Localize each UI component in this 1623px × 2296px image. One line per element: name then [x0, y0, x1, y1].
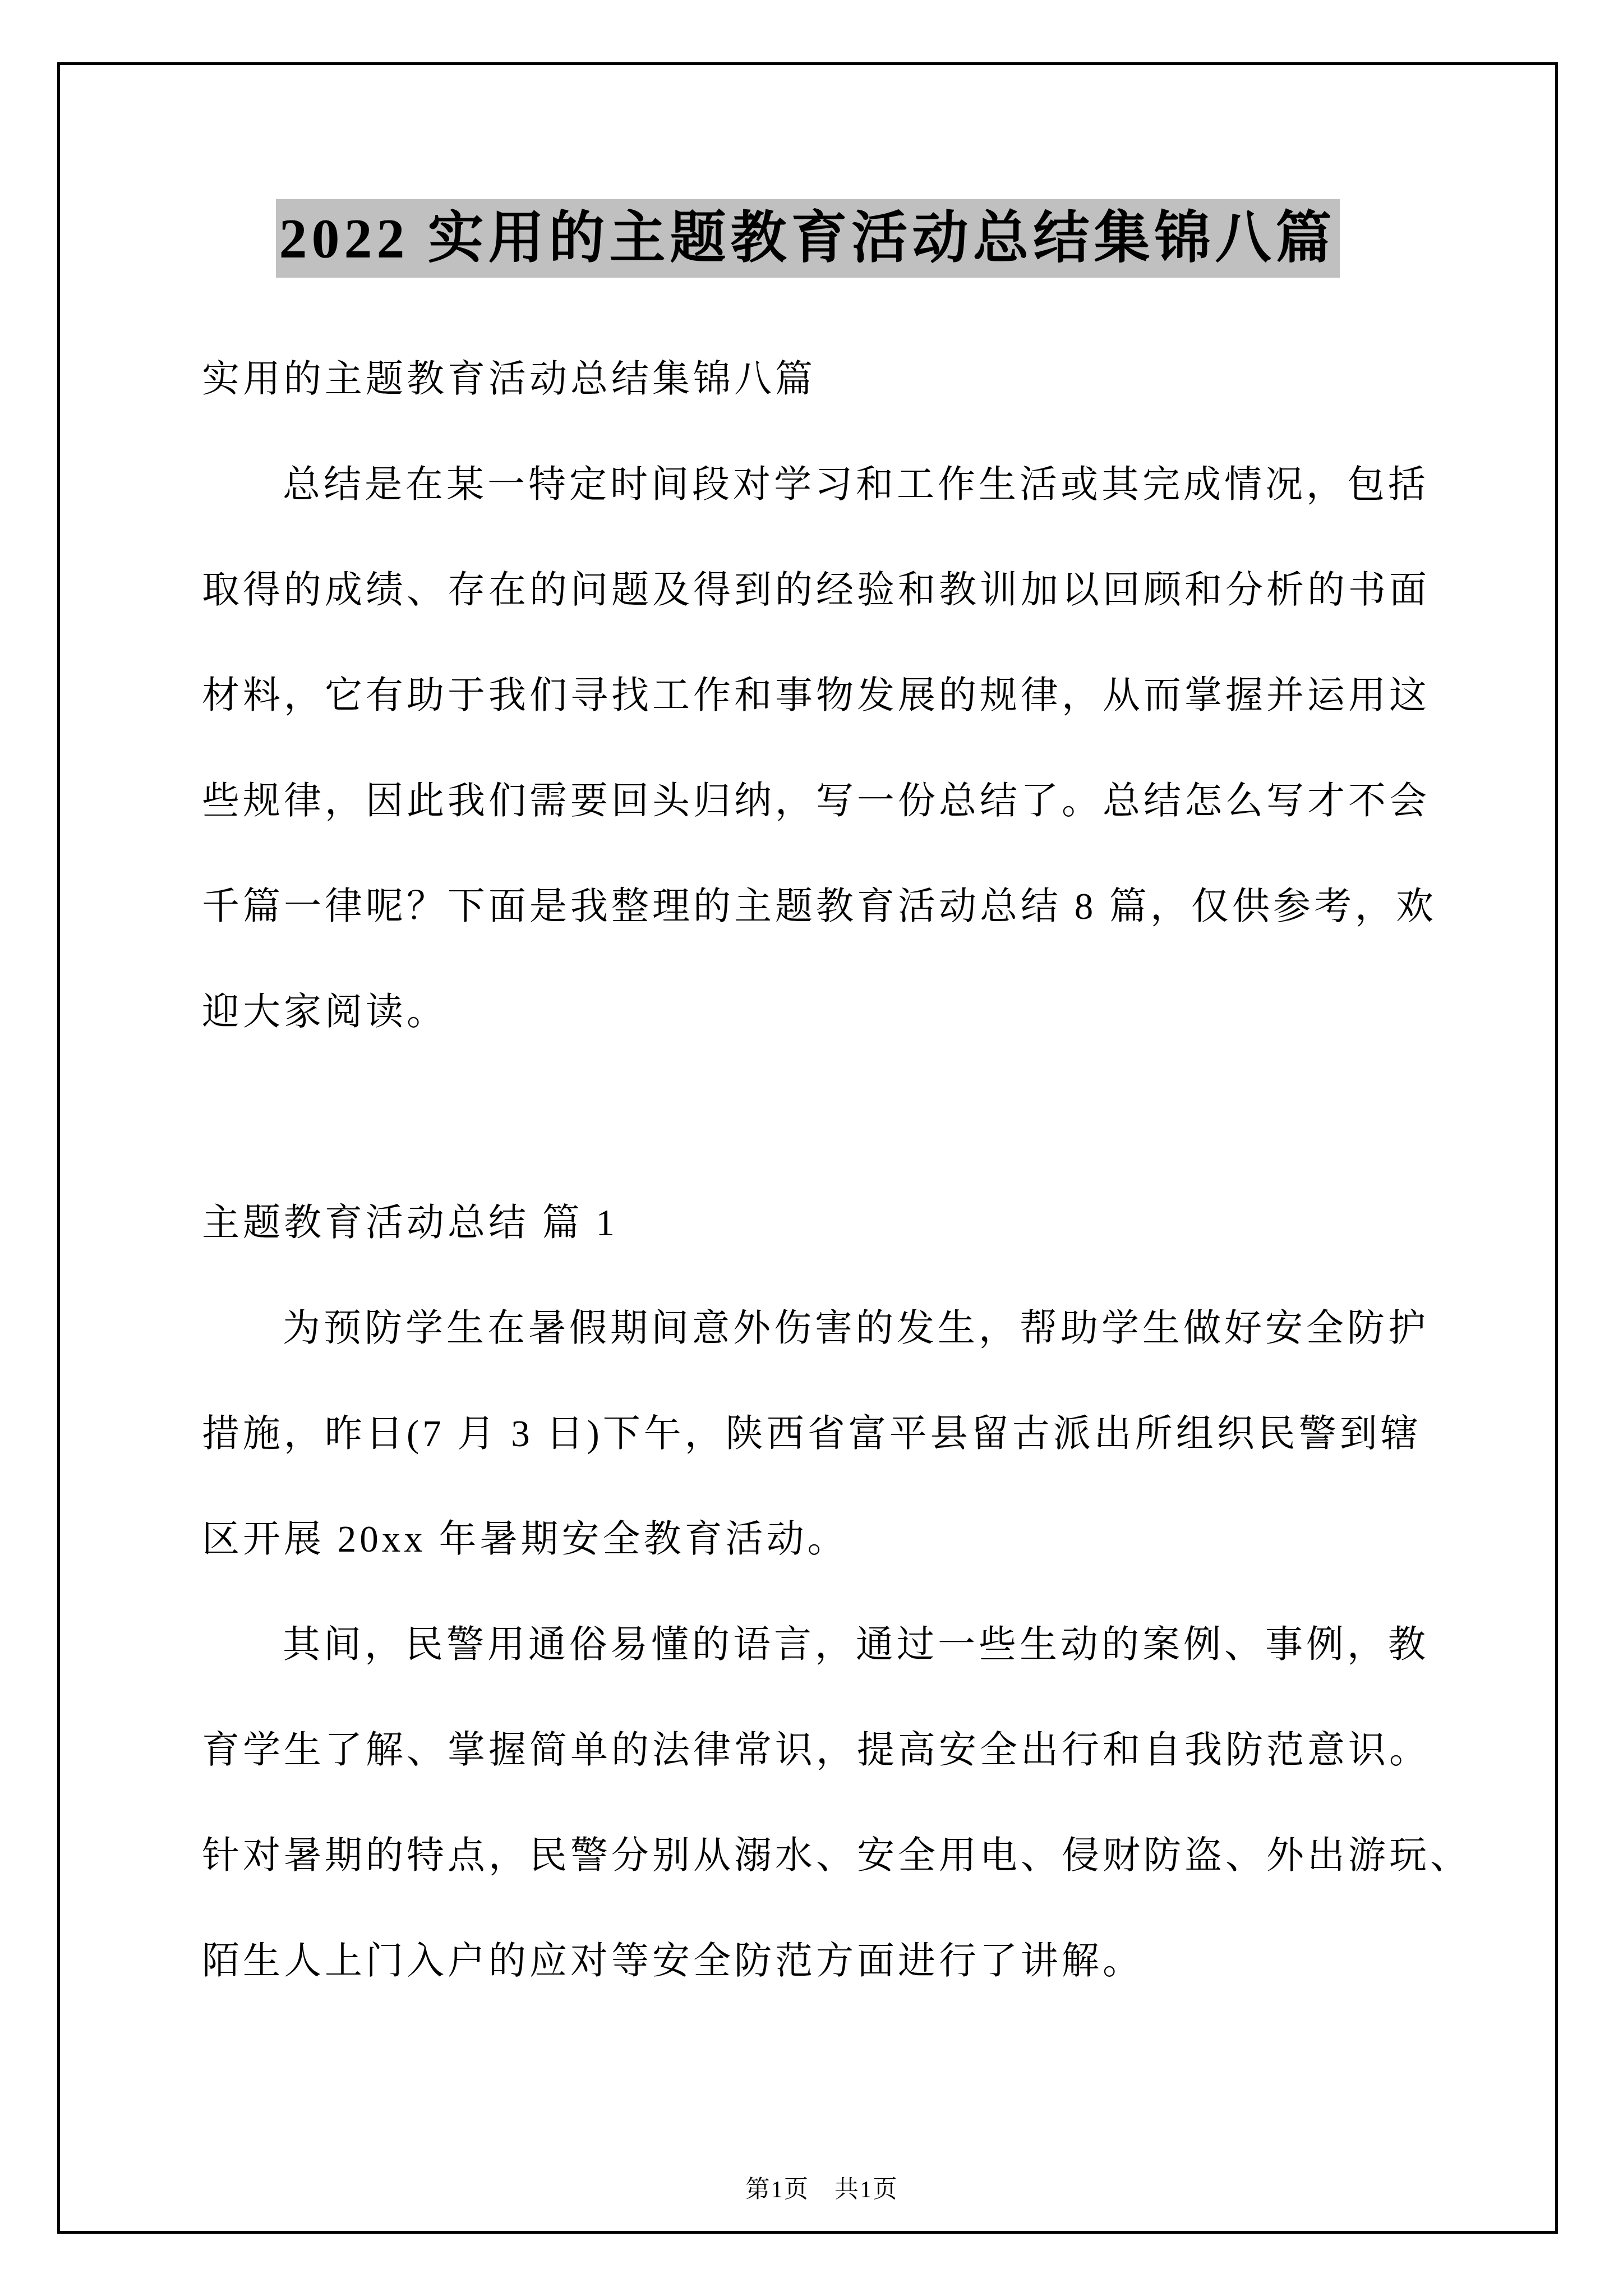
text-line: 陌生人上门入户的应对等安全防范方面进行了讲解。: [202, 1908, 1492, 2014]
text-line: 些规律，因此我们需要回头归纳，写一份总结了。总结怎么写才不会: [202, 748, 1492, 854]
text-line: 为预防学生在暑假期间意外伤害的发生，帮助学生做好安全防护: [202, 1276, 1492, 1381]
footer-text: 第1页 共1页: [746, 2177, 898, 2203]
text-line: 总结是在某一特定时间段对学习和工作生活或其完成情况，包括: [202, 432, 1492, 537]
blank-line: [202, 1065, 1492, 1170]
body-text: 实用的主题教育活动总结集锦八篇 总结是在某一特定时间段对学习和工作生活或其完成情…: [202, 326, 1492, 2014]
text-line: 取得的成绩、存在的问题及得到的经验和教训加以回顾和分析的书面: [202, 537, 1492, 643]
text-line: 措施，昨日(7 月 3 日)下午，陕西省富平县留古派出所组织民警到辖: [202, 1381, 1492, 1487]
page-footer: 第1页 共1页: [57, 2119, 1558, 2261]
text-line: 千篇一律呢？下面是我整理的主题教育活动总结 8 篇，仅供参考，欢: [202, 854, 1492, 959]
text-line: 迎大家阅读。: [202, 959, 1492, 1065]
text-line: 区开展 20xx 年暑期安全教育活动。: [202, 1487, 1492, 1592]
title-row: 2022 实用的主题教育活动总结集锦八篇: [57, 199, 1558, 278]
document-title: 2022 实用的主题教育活动总结集锦八篇: [276, 199, 1340, 278]
text-line: 其间，民警用通俗易懂的语言，通过一些生动的案例、事例，教: [202, 1592, 1492, 1697]
text-line: 材料，它有助于我们寻找工作和事物发展的规律，从而掌握并运用这: [202, 643, 1492, 748]
text-line: 育学生了解、掌握简单的法律常识，提高安全出行和自我防范意识。: [202, 1697, 1492, 1803]
text-line: 针对暑期的特点，民警分别从溺水、安全用电、侵财防盗、外出游玩、: [202, 1803, 1492, 1908]
document-page: 2022 实用的主题教育活动总结集锦八篇 实用的主题教育活动总结集锦八篇 总结是…: [0, 0, 1623, 2296]
text-line: 实用的主题教育活动总结集锦八篇: [202, 326, 1492, 432]
section-heading: 主题教育活动总结 篇 1: [202, 1170, 1492, 1276]
